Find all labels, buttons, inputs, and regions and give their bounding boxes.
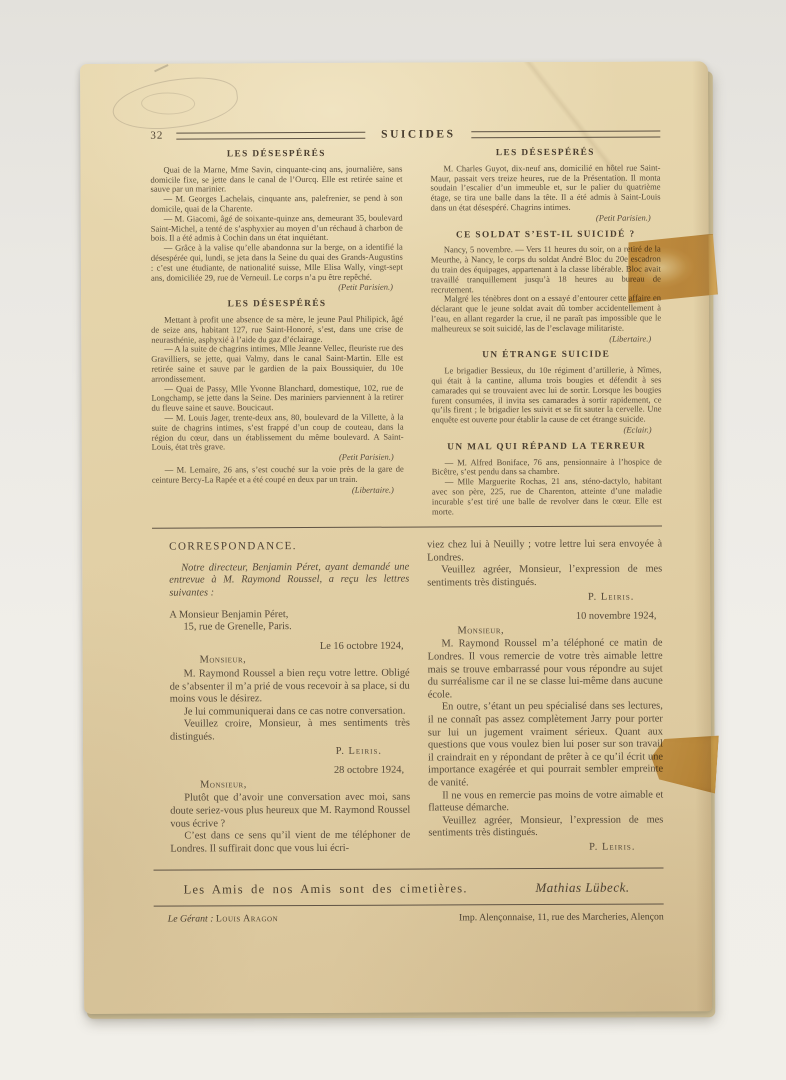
page-header: 32 SUICIDES — [150, 127, 660, 141]
section-heading: LES DÉSESPÉRÉS — [430, 148, 660, 159]
news-item: Quai de la Marne, Mme Savin, cinquante-c… — [150, 164, 402, 194]
letter-paragraph: M. Raymond Roussel m’a téléphoné ce mati… — [428, 638, 663, 702]
source-credit: (Eclair.) — [432, 425, 652, 436]
section-heading: UN ÉTRANGE SUICIDE — [431, 351, 661, 362]
news-item: Mettant à profit une absence de sa mère,… — [151, 315, 403, 345]
address-line: A Monsieur Benjamin Péret, — [169, 608, 409, 622]
motto-row: Les Amis de nos Amis sont des cimetières… — [154, 868, 664, 905]
motto-author: Mathias Lübeck. — [535, 879, 629, 895]
news-item: — M. Louis Jager, trente-deux ans, 80, b… — [152, 413, 404, 453]
section-heading: LES DÉSESPÉRÉS — [151, 300, 403, 311]
section-heading: LES DÉSESPÉRÉS — [150, 150, 402, 161]
letter-paragraph: Veuillez agréer, Monsieur, l’expression … — [428, 814, 663, 840]
news-item: — M. Georges Lachelais, cinquante ans, p… — [151, 194, 403, 215]
letter-paragraph: En outre, s’étant un peu spécialisé dans… — [428, 701, 663, 790]
scanned-document: 32 SUICIDES LES DÉSESPÉRÉS Quai de la Ma… — [0, 0, 786, 1080]
news-item: Malgré les ténèbres dont on a essayé d’e… — [431, 294, 661, 334]
section-heading: CE SOLDAT S’EST-IL SUICIDÉ ? — [431, 230, 661, 241]
letter-paragraph: Veuillez agréer, Monsieur, l’expression … — [427, 564, 662, 590]
section-divider — [152, 526, 662, 529]
motto-text: Les Amis de nos Amis sont des cimetières… — [184, 881, 468, 897]
gerant-line: Le Gérant : Louis Aragon — [168, 913, 278, 924]
news-item: — Grâce à la valise qu’elle abandonna su… — [151, 243, 403, 283]
letter-paragraph: Il ne vous en remercie pas moins de votr… — [428, 789, 663, 815]
letter-paragraph: viez chez lui à Neuilly ; votre lettre l… — [427, 539, 662, 565]
page-content: 32 SUICIDES LES DÉSESPÉRÉS Quai de la Ma… — [150, 127, 663, 924]
letter-paragraph: M. Raymond Roussel a bien reçu votre let… — [170, 668, 410, 707]
news-item: — M. Alfred Boniface, 76 ans, pensionnai… — [432, 457, 662, 478]
header-rule-left — [176, 131, 365, 139]
section-heading: UN MAL QUI RÉPAND LA TERREUR — [432, 442, 662, 453]
letter-date: 28 octobre 1924, — [170, 765, 410, 779]
news-column-right: LES DÉSESPÉRÉS M. Charles Guyot, dix-neu… — [430, 148, 662, 516]
source-credit: (Petit Parisien.) — [152, 453, 394, 464]
gerant-name: Louis Aragon — [216, 913, 278, 924]
letter-salutation: Monsieur, — [457, 624, 662, 637]
letter-date: Le 16 octobre 1924, — [170, 640, 410, 654]
letter-paragraph: Je lui communiquerai dans ce cas notre c… — [170, 705, 410, 719]
letter-salutation: Monsieur, — [200, 654, 410, 668]
news-item: Nancy, 5 novembre. — Vers 11 heures du s… — [431, 245, 661, 295]
gerant-label: Le Gérant : — [168, 913, 214, 924]
correspondence-column-right: viez chez lui à Neuilly ; votre lettre l… — [427, 539, 663, 856]
news-item: — Mlle Marguerite Rochas, 21 ans, sténo-… — [432, 477, 662, 517]
letter-signature: P. Leiris. — [170, 745, 410, 759]
news-item: Le brigadier Bessieux, du 10e régiment d… — [431, 366, 661, 426]
letter-paragraph: Plutôt que d’avoir une conversation avec… — [170, 792, 410, 831]
news-item: — M. Lemaire, 26 ans, s’est couché sur l… — [152, 464, 404, 485]
correspondence-title: CORRESPONDANCE. — [169, 540, 409, 554]
news-column-left: LES DÉSESPÉRÉS Quai de la Marne, Mme Sav… — [150, 150, 404, 518]
source-credit: (Petit Parisien.) — [431, 213, 651, 224]
letter-date: 10 novembre 1924, — [427, 611, 662, 625]
address-line: 15, rue de Grenelle, Paris. — [183, 621, 409, 635]
source-credit: (Libertaire.) — [431, 334, 651, 345]
editorial-note: Notre directeur, Benjamin Péret, ayant d… — [169, 561, 409, 600]
source-credit: (Petit Parisien.) — [151, 283, 393, 294]
letter-paragraph: Veuillez croire, Monsieur, à mes sentime… — [170, 718, 410, 744]
page-title: SUICIDES — [365, 128, 471, 140]
letter-paragraph: C’est dans ce sens qu’il vient de me tél… — [170, 830, 410, 856]
correspondence-column-left: CORRESPONDANCE. Notre directeur, Benjami… — [169, 540, 410, 857]
letter-signature: P. Leiris. — [428, 841, 663, 855]
page-number: 32 — [150, 130, 176, 142]
letter-salutation: Monsieur, — [200, 778, 410, 792]
news-item: — M. Giacomi, âgé de soixante-quinze ans… — [151, 213, 403, 243]
correspondence-section: CORRESPONDANCE. Notre directeur, Benjami… — [152, 539, 663, 857]
letter-signature: P. Leiris. — [427, 591, 662, 605]
pencil-mark — [110, 72, 241, 136]
news-item: — A la suite de chagrins intimes, Mlle J… — [151, 344, 403, 384]
magazine-page: 32 SUICIDES LES DÉSESPÉRÉS Quai de la Ma… — [80, 61, 712, 1014]
header-rule-right — [471, 130, 660, 138]
imprint-row: Le Gérant : Louis Aragon Imp. Alençonnai… — [154, 908, 664, 924]
printer-line: Imp. Alençonnaise, 11, rue des Marcherie… — [459, 911, 664, 923]
news-item: M. Charles Guyot, dix-neuf ans, domicili… — [430, 163, 660, 213]
news-item: — Quai de Passy, Mlle Yvonne Blanchard, … — [151, 383, 403, 413]
suicides-section: LES DÉSESPÉRÉS Quai de la Marne, Mme Sav… — [150, 148, 662, 518]
source-credit: (Libertaire.) — [152, 485, 394, 496]
